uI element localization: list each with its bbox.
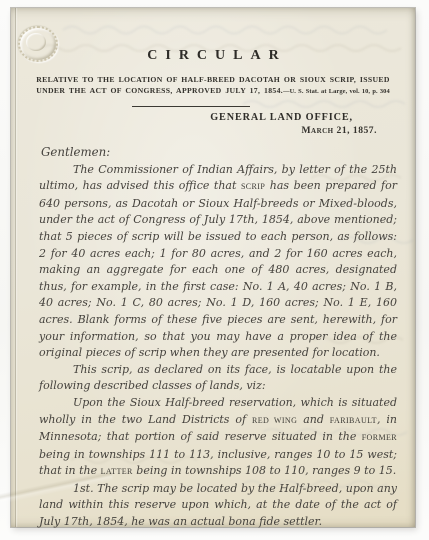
scanned-document-background: CIRCULAR RELATIVE TO THE LOCATION OF HAL…	[0, 0, 429, 540]
statute-citation: —U. S. Stat. at Large, vol. 10, p. 304	[283, 88, 390, 95]
paragraph-4-ordinal: 1st.	[73, 482, 94, 495]
document-header: CIRCULAR RELATIVE TO THE LOCATION OF HAL…	[11, 8, 415, 136]
header-rule	[132, 106, 250, 107]
paragraph-3: Upon the Sioux Half-breed reservation, w…	[39, 395, 397, 481]
red-wing-district-small-caps: RED WING	[252, 416, 297, 425]
document-title: CIRCULAR	[11, 48, 415, 64]
office-name: GENERAL LAND OFFICE,	[11, 112, 353, 123]
paragraph-4: 1st. The scrip may be located by the Hal…	[39, 481, 397, 531]
document-subtitle: RELATIVE TO THE LOCATION OF HALF-BREED D…	[25, 75, 401, 97]
paragraph-1-text: has been prepared for 640 persons, as Da…	[39, 179, 397, 359]
scrip-term-small-caps: SCRIP	[241, 182, 265, 191]
paragraph-1: The Commissioner of Indian Affairs, by l…	[39, 162, 397, 362]
letter-body: Gentlemen: The Commissioner of Indian Af…	[39, 144, 397, 531]
former-term-small-caps: FORMER	[362, 433, 397, 442]
latter-term-small-caps: LATTER	[101, 467, 133, 476]
paragraph-3-text: and	[297, 413, 330, 426]
paragraph-4-text: The scrip may be located by the Half-bre…	[39, 482, 397, 528]
document-date: March 21, 1857.	[11, 125, 377, 136]
salutation: Gentlemen:	[41, 144, 397, 161]
paper-sheet: CIRCULAR RELATIVE TO THE LOCATION OF HAL…	[11, 8, 415, 527]
paragraph-3-text: being in townships 108 to 110, ranges 9 …	[133, 464, 396, 477]
paragraph-2: This scrip, as declared on its face, is …	[39, 362, 397, 395]
paragraph-2-text: This scrip, as declared on its face, is …	[39, 363, 397, 393]
faribault-district-small-caps: FARIBAULT	[330, 416, 377, 425]
